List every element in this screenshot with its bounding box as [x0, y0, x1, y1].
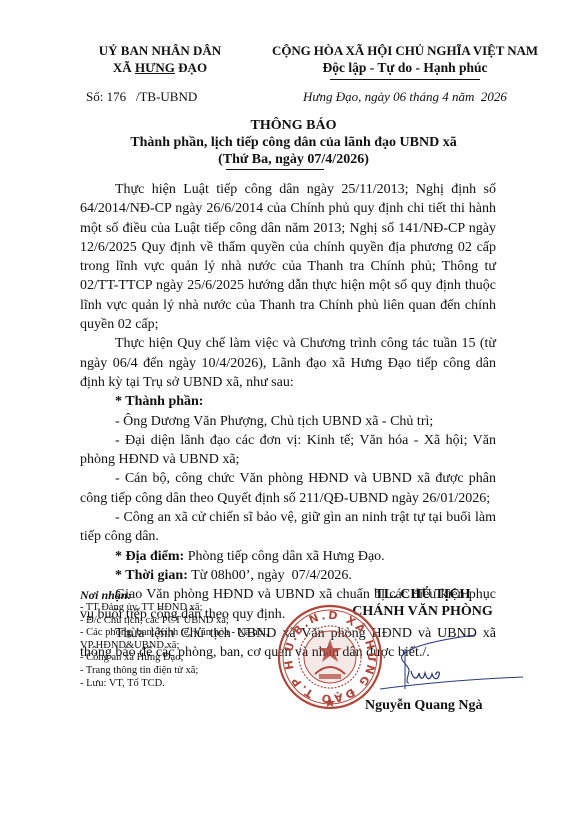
agency-name: UỶ BAN NHÂN DÂN — [80, 42, 240, 59]
recipient-item: - Công an xã Hưng Đạo; — [80, 652, 280, 665]
member-item: - Đại diện lãnh đạo các đơn vị: Kinh tế;… — [80, 431, 496, 470]
member-item: - Công an xã cử chiến sĩ bảo vệ, giữ gìn… — [80, 508, 496, 547]
sign-authority: TL. CHỦ TỊCH — [330, 586, 515, 603]
national-motto: Độc lập - Tự do - Hạnh phúc — [240, 59, 570, 76]
location-line: * Địa điểm: Phòng tiếp công dân xã Hưng … — [80, 547, 496, 566]
recipient-item: - Trang thông tin điện tử xã; — [80, 665, 280, 678]
member-item: - Cán bộ, công chức Văn phòng HĐND và UB… — [80, 469, 496, 508]
official-seal-icon: U.B.N.D XÃ HƯNG ĐẠO T.P HÀ NỘI — [277, 604, 383, 710]
title-underline — [226, 169, 324, 170]
handwritten-signature — [375, 625, 525, 695]
signer-name: Nguyễn Quang Ngà — [365, 697, 482, 714]
agency-block: UỶ BAN NHÂN DÂN XÃ HƯNG ĐẠO — [80, 42, 240, 76]
recipient-item: - Lưu: VT, Tổ TCD. — [80, 678, 280, 691]
national-block: CỘNG HÒA XÃ HỘI CHỦ NGHĨA VIỆT NAM Độc l… — [240, 42, 570, 76]
motto-underline — [330, 79, 480, 80]
title-block: THÔNG BÁO Thành phần, lịch tiếp công dân… — [80, 117, 507, 168]
recipient-item: - Các phòng, ban: Kinh tế, Văn hóa - Xã … — [80, 627, 280, 640]
place-date: Hưng Đạo, ngày 06 tháng 4 năm 2026 — [303, 89, 507, 105]
para-legal-basis: Thực hiện Luật tiếp công dân ngày 25/11/… — [80, 180, 496, 334]
recipients-heading: Nơi nhận: — [80, 588, 280, 602]
doc-date-line: (Thứ Ba, ngày 07/4/2026) — [80, 151, 507, 168]
time-line: * Thời gian: Từ 08h00’, ngày 07/4/2026. — [80, 566, 496, 585]
recipient-item: VP HĐND&UBND xã; — [80, 640, 280, 653]
recipients: Nơi nhận: - TT Đảng ủy, TT HĐND xã; - Đ/… — [80, 588, 280, 690]
national-title: CỘNG HÒA XÃ HỘI CHỦ NGHĨA VIỆT NAM — [240, 42, 570, 59]
member-item: - Ông Dương Văn Phượng, Chủ tịch UBND xã… — [80, 412, 496, 431]
members-heading: * Thành phần: — [80, 392, 496, 411]
doc-subject: Thành phần, lịch tiếp công dân của lãnh … — [80, 134, 507, 151]
doc-number: Số: 176 /TB-UBND — [86, 89, 197, 105]
agency-commune: XÃ HƯNG ĐẠO — [80, 59, 240, 76]
doc-type: THÔNG BÁO — [80, 117, 507, 134]
recipient-item: - TT Đảng ủy, TT HĐND xã; — [80, 602, 280, 615]
recipient-item: - Đ/c Chủ tịch; các PCT UBND xã; — [80, 615, 280, 628]
para-schedule: Thực hiện Quy chế làm việc và Chương trì… — [80, 334, 496, 392]
